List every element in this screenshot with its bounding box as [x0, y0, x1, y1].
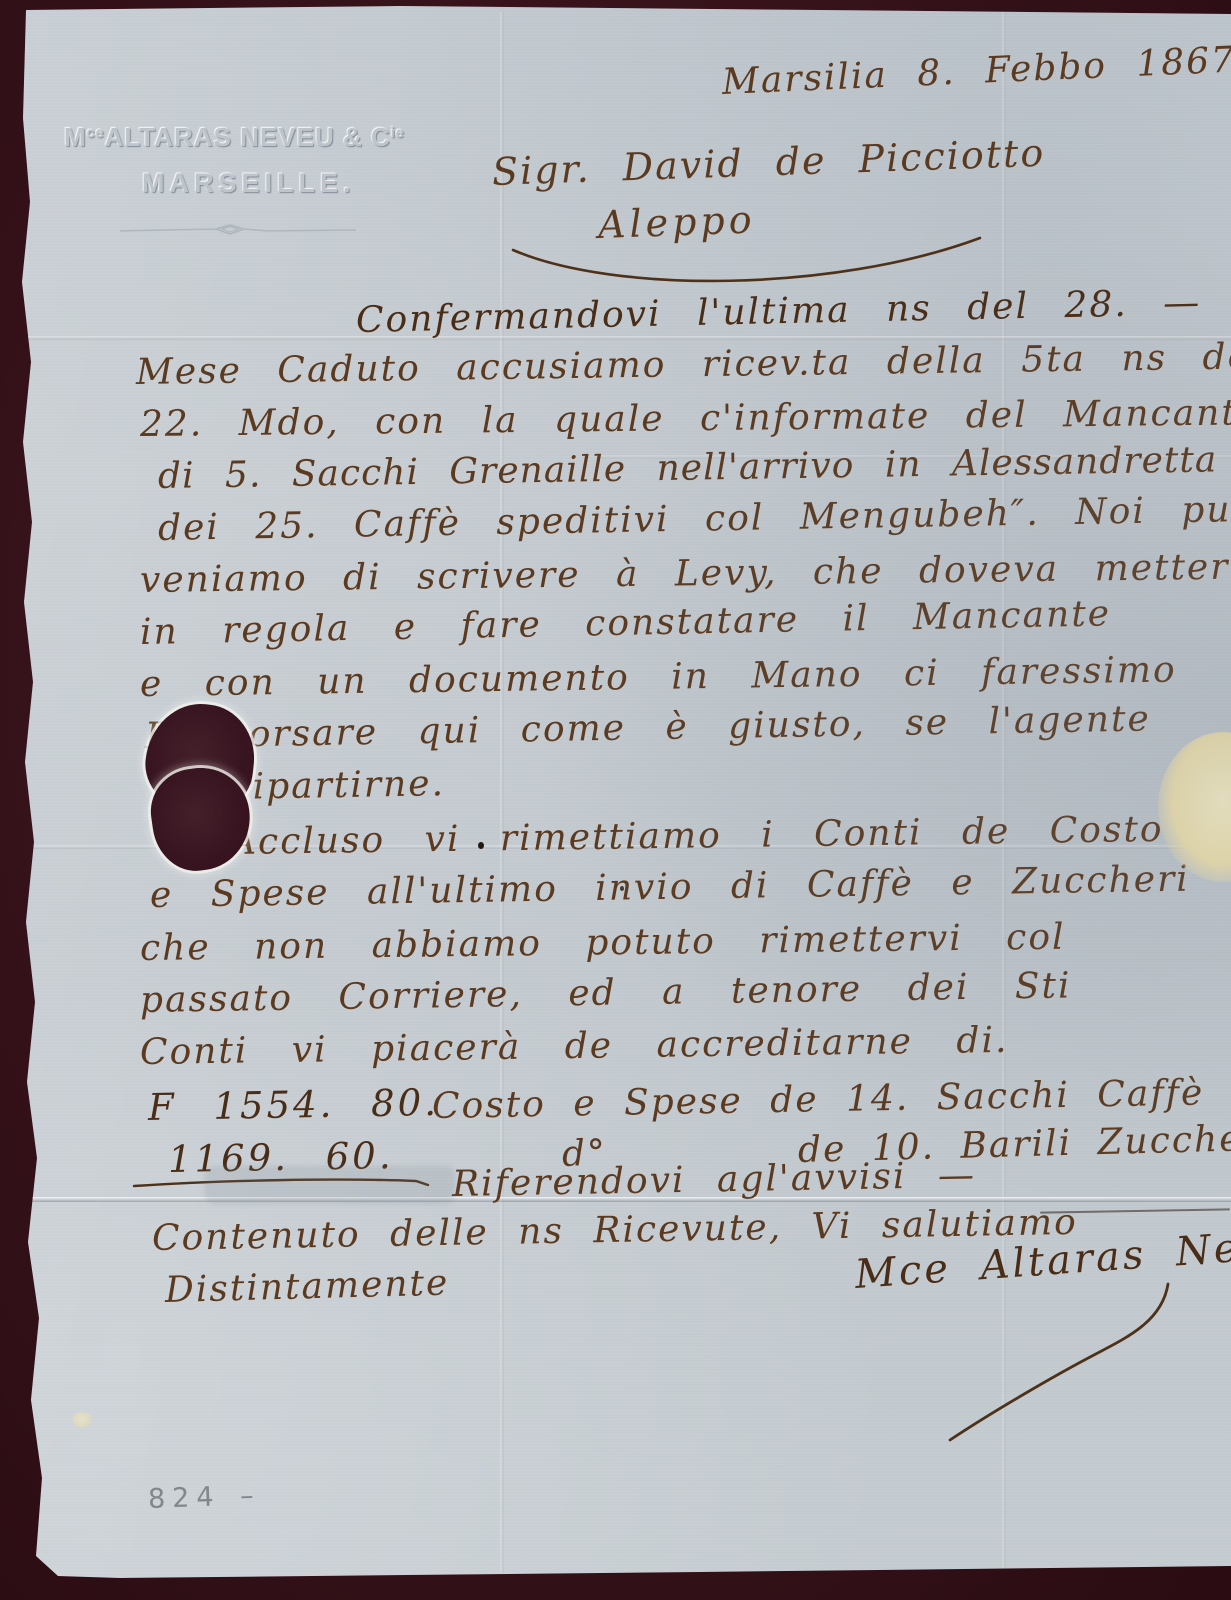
amounts-underline: [132, 1176, 432, 1192]
fold-crease-bottom: [25, 1197, 1231, 1202]
letterhead-city-label: MARSEILLE.: [142, 168, 356, 198]
letterhead-sup1: ce: [87, 125, 105, 141]
body-line: Rimborsare qui come è giusto, se l'agent…: [145, 698, 1151, 757]
letterhead-city: MARSEILLE.: [142, 168, 356, 199]
letterhead-sup2: ie: [391, 125, 405, 141]
fold-crease-vertical-right: [1002, 12, 1006, 1568]
letterhead-prefix: M: [64, 122, 87, 152]
destination-underline-swash: [505, 228, 990, 300]
amount-desc-1: Costo e Spese de 14. Sacchi Caffè: [432, 1073, 1205, 1127]
ink-speck: [478, 842, 484, 849]
closing-line-3: Distintamente: [164, 1263, 449, 1311]
body-line: Accluso vi rimettiamo i Conti de Costo: [230, 809, 1164, 863]
letterhead-name: ALTARAS NEVEU & C: [105, 122, 391, 152]
signature: Mce Altaras Neveu: [853, 1219, 1231, 1297]
body-line: e con un documento in Mano ci faressimo: [140, 650, 1177, 705]
letter-scan: MceALTARAS NEVEU & Cie MARSEILLE. Marsil…: [0, 0, 1231, 1600]
destination-line: Aleppo: [597, 198, 756, 247]
body-line: 22. Mdo, con la quale c'informate del Ma…: [140, 392, 1231, 445]
ink-speck: [620, 886, 624, 891]
amount-value-2: 1169. 60.: [168, 1134, 394, 1181]
body-line: Conti vi piacerà de accreditarne di.: [140, 1020, 1009, 1073]
body-line: veniamo di scrivere à Levy, che doveva m…: [140, 546, 1231, 601]
body-line: di 5. Sacchi Grenaille nell'arrivo in Al…: [158, 439, 1218, 497]
body-line: Confermandovi l'ultima ns del 28. —: [356, 282, 1202, 341]
letterhead-ornament: [118, 222, 358, 240]
fold-crease-top: [25, 336, 1231, 340]
amount-value-1: F 1554. 80.: [148, 1081, 440, 1129]
catalog-number: 824 –: [147, 1480, 261, 1515]
ink-smudge: [205, 1166, 455, 1204]
recipient-line: Sigr. David de Picciotto: [491, 131, 1046, 194]
small-tan-stain: [72, 1412, 92, 1428]
body-line: che non abbiamo potuto rimettervi col: [140, 917, 1066, 969]
closing-line-2: Contenuto delle ns Ricevute, Vi salutiam…: [152, 1202, 1078, 1259]
amount-desc-2: de 10. Barili Zuccheri: [797, 1118, 1231, 1171]
body-line: passato Corriere, ed a tenore dei Sti: [140, 965, 1072, 1021]
body-line: in regola e fare constatare il Mancante: [140, 593, 1112, 653]
closing-line-1: Riferendovi agl'avvisi —: [452, 1155, 977, 1205]
body-line: Mese Caduto accusiamo ricev.ta della 5ta…: [136, 336, 1231, 393]
crease-shadow-line: [1040, 1208, 1230, 1213]
dateline: Marsilia 8. Febbo 1867,: [721, 39, 1231, 103]
amount-ditto-mark: d°: [561, 1132, 607, 1175]
wax-stain: [1158, 732, 1231, 882]
body-line: e Spese all'ultimo invio di Caffè e Zucc…: [150, 859, 1190, 916]
letterhead-company: MceALTARAS NEVEU & Cie: [64, 122, 405, 153]
body-line: dei 25. Caffè speditivi col Mengubeh″. N…: [158, 489, 1231, 549]
fold-crease-vertical-left: [500, 12, 504, 1572]
signature-flourish: [930, 1280, 1180, 1450]
fold-crease-faint: [600, 455, 1231, 459]
